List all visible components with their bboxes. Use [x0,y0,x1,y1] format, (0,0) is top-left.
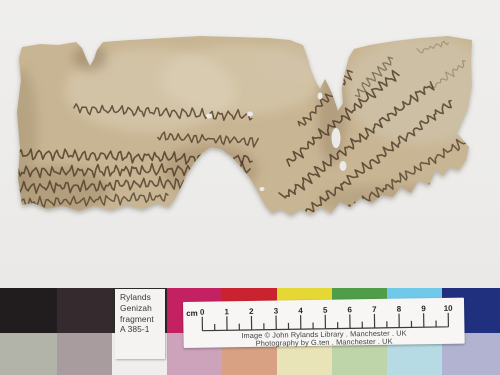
shelfmark-line: Genizah [120,303,165,314]
parchment-hole [206,114,212,119]
ruler-number-7: 7 [366,305,382,314]
color-patch-dark [0,288,57,333]
ruler-number-10: 10 [440,304,456,313]
parchment-hole [260,187,265,191]
ruler-number-5: 5 [317,306,333,315]
ruler-number-1: 1 [219,307,235,316]
color-patch-dark [57,288,112,333]
color-patch-column-0 [0,288,57,375]
manuscript-fragment [0,0,500,300]
ruler-number-9: 9 [415,304,431,313]
color-patch-light [0,333,57,375]
cm-ruler: cm Image © John Rylands Library . Manche… [183,298,465,348]
ruler-number-8: 8 [391,304,407,313]
shelfmark-label: Rylands Genizah fragment A 385-1 [115,289,165,359]
ruler-number-4: 4 [292,306,308,315]
photo-stage: Rylands Genizah fragment A 385-1 cm Imag… [0,0,500,375]
shelfmark-line: Rylands [120,292,165,303]
shelfmark-line: A 385-1 [120,324,165,335]
parchment-hole [247,112,253,117]
ruler-number-3: 3 [268,306,284,315]
shelfmark-line: fragment [120,314,165,325]
parchment-hole [332,128,341,148]
color-patch-column-1 [57,288,112,375]
color-patch-light [57,333,112,375]
ruler-number-2: 2 [243,307,259,316]
parchment-hole [318,93,323,100]
ruler-number-6: 6 [342,305,358,314]
ruler-number-0: 0 [194,308,210,317]
parchment-hole [340,161,347,171]
